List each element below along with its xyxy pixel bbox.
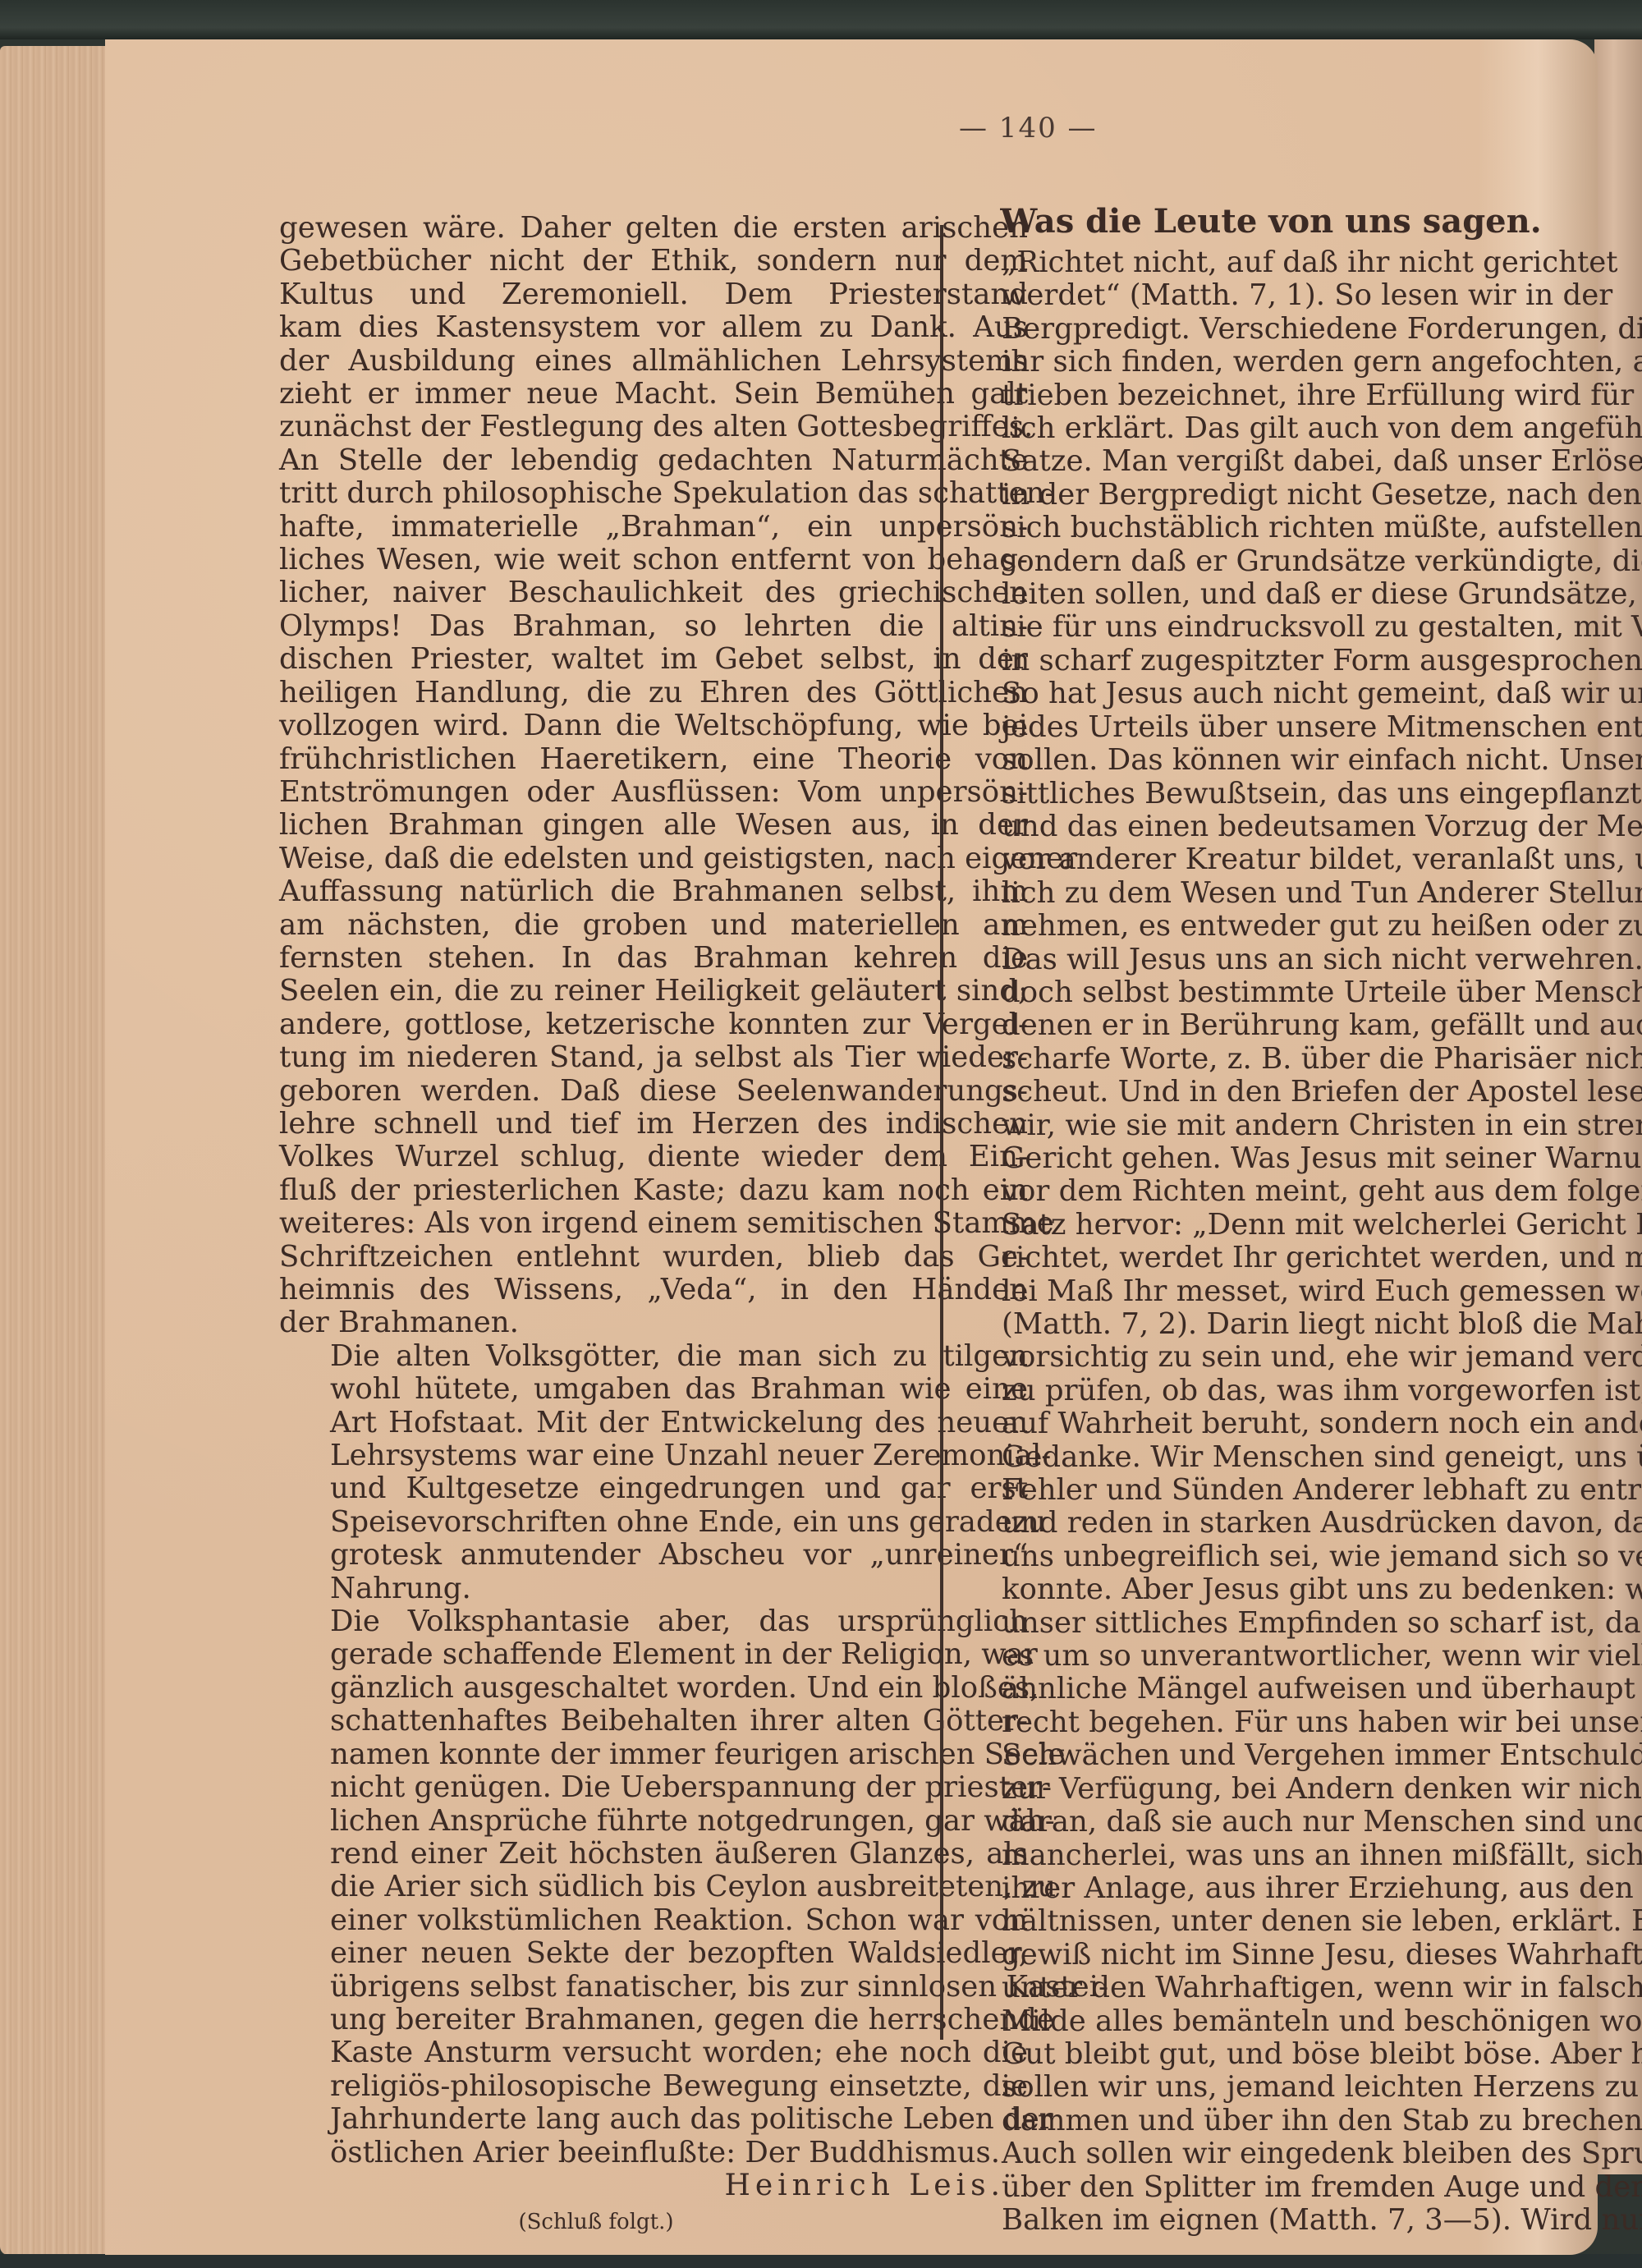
text-line: liches Wesen, wie weit schon entfernt vo… (279, 544, 1028, 576)
text-line: unter den Wahrhaftigen, wenn wir in fals… (951, 1972, 1591, 2004)
text-line: Satze. Man vergißt dabei, daß unser Erlö… (951, 445, 1591, 478)
text-line: gerade schaffende Element in der Religio… (279, 1638, 1028, 1671)
text-line: uns unbegreiflich sei, wie jemand sich s… (951, 1540, 1591, 1573)
text-line: übrigens selbst fanatischer, bis zur sin… (279, 1971, 1028, 2004)
text-line: frühchristlichen Haeretikern, eine Theor… (279, 743, 1028, 776)
left-column: gewesen wäre. Daher gelten die ersten ar… (279, 212, 1028, 2239)
text-line: grotesk anmutender Abscheu vor „unreiner… (279, 1539, 1028, 1572)
text-line: hafte, immaterielle „Brahman“, ein unper… (279, 511, 1028, 544)
text-line: Satz hervor: „Denn mit welcherlei Gerich… (951, 1209, 1591, 1242)
text-line: Auch sollen wir eingedenk bleiben des Sp… (951, 2137, 1591, 2170)
text-line: Speisevorschriften ohne Ende, ein uns ge… (279, 1506, 1028, 1539)
text-line: fluß der priesterlichen Kaste; dazu kam … (279, 1174, 1028, 1207)
text-line: dammen und über ihn den Stab zu brechen. (951, 2105, 1591, 2137)
right-column: Was die Leute von uns sagen. „Richtet ni… (951, 200, 1591, 2237)
right-column-body: „Richtet nicht, auf daß ihr nicht gerich… (951, 246, 1591, 2237)
text-line: lich erklärt. Das gilt auch von dem ange… (951, 412, 1591, 445)
text-line: Gut bleibt gut, und böse bleibt böse. Ab… (951, 2038, 1591, 2071)
text-line: andere, gottlose, ketzerische konnten zu… (279, 1008, 1028, 1041)
text-line: werdet“ (Matth. 7, 1). So lesen wir in d… (951, 279, 1591, 312)
text-line: ähnliche Mängel aufweisen und überhaupt … (951, 1673, 1591, 1706)
text-line: schattenhaftes Beibehalten ihrer alten G… (279, 1705, 1028, 1738)
text-line: Seelen ein, die zu reiner Heiligkeit gel… (279, 975, 1028, 1008)
text-line: Weise, daß die edelsten und geistigsten,… (279, 842, 1028, 875)
text-line: und das einen bedeutsamen Vorzug der Men… (951, 810, 1591, 843)
text-line: Gericht gehen. Was Jesus mit seiner Warn… (951, 1142, 1591, 1175)
text-line: am nächsten, die groben und materiellen … (279, 909, 1028, 942)
paragraph: Die alten Volksgötter, die man sich zu t… (279, 1340, 1028, 1605)
text-line: zieht er immer neue Macht. Sein Bemühen … (279, 378, 1028, 411)
text-line: sich buchstäblich richten müßte, aufstel… (951, 512, 1591, 544)
text-line: religiös-philosopische Bewegung einsetzt… (279, 2070, 1028, 2103)
text-line: Gebetbücher nicht der Ethik, sondern nur… (279, 245, 1028, 278)
continued-note: (Schluß folgt.) (279, 2206, 1028, 2238)
text-line: vor anderer Kreatur bildet, veranlaßt un… (951, 843, 1591, 876)
text-line: und reden in starken Ausdrücken davon, d… (951, 1507, 1591, 1540)
text-line: lich zu dem Wesen und Tun Anderer Stellu… (951, 877, 1591, 910)
text-line: Schriftzeichen entlehnt wurden, blieb da… (279, 1241, 1028, 1274)
text-line: ihr sich finden, werden gern angefochten… (951, 346, 1591, 379)
text-line: ung bereiter Brahmanen, gegen die herrsc… (279, 2004, 1028, 2036)
text-line: zu prüfen, ob das, was ihm vorgeworfen i… (951, 1375, 1591, 1407)
left-column-body: gewesen wäre. Daher gelten die ersten ar… (279, 212, 1028, 2169)
book-cover-top-edge (0, 0, 1642, 39)
text-line: recht begehen. Für uns haben wir bei uns… (951, 1706, 1591, 1739)
text-line: rend einer Zeit höchsten äußeren Glanzes… (279, 1838, 1028, 1871)
text-line: Fehler und Sünden Anderer lebhaft zu ent… (951, 1474, 1591, 1507)
text-line: trieben bezeichnet, ihre Erfüllung wird … (951, 379, 1591, 412)
text-line: östlichen Arier beeinflußte: Der Buddhis… (279, 2137, 1028, 2169)
text-line: vor dem Richten meint, geht aus dem folg… (951, 1175, 1591, 1208)
text-line: leiten sollen, und daß er diese Grundsät… (951, 578, 1591, 611)
text-line: „Richtet nicht, auf daß ihr nicht gerich… (951, 246, 1591, 279)
text-line: fernsten stehen. In das Brahman kehren d… (279, 942, 1028, 975)
text-line: wir, wie sie mit andern Christen in ein … (951, 1109, 1591, 1142)
text-line: scheut. Und in den Briefen der Apostel l… (951, 1076, 1591, 1109)
text-line: wohl hütete, umgaben das Brahman wie ein… (279, 1373, 1028, 1406)
text-line: sittliches Bewußtsein, das uns eingepfla… (951, 778, 1591, 810)
text-line: denen er in Berührung kam, gefällt und a… (951, 1009, 1591, 1042)
text-line: jedes Urteils über unsere Mitmenschen en… (951, 711, 1591, 744)
text-line: Schwächen und Vergehen immer Entschuldig… (951, 1739, 1591, 1772)
book-page: — 140 — gewesen wäre. Daher gelten die e… (105, 39, 1598, 2255)
text-line: scharfe Worte, z. B. über die Pharisäer … (951, 1043, 1591, 1076)
text-line: So hat Jesus auch nicht gemeint, daß wir… (951, 677, 1591, 710)
text-line: Entströmungen oder Ausflüssen: Vom unper… (279, 776, 1028, 809)
text-line: Olymps! Das Brahman, so lehrten die alti… (279, 610, 1028, 643)
text-line: tritt durch philosophische Spekulation d… (279, 477, 1028, 510)
text-line: zunächst der Festlegung des alten Gottes… (279, 411, 1028, 443)
text-line: gewiß nicht im Sinne Jesu, dieses Wahrha… (951, 1939, 1591, 1972)
text-line: nicht genügen. Die Ueberspannung der pri… (279, 1771, 1028, 1804)
text-line: (Matth. 7, 2). Darin liegt nicht bloß di… (951, 1308, 1591, 1341)
text-line: lichen Ansprüche führte notgedrungen, ga… (279, 1805, 1028, 1838)
text-line: kam dies Kastensystem vor allem zu Dank.… (279, 311, 1028, 344)
text-line: zur Verfügung, bei Andern denken wir nic… (951, 1773, 1591, 1806)
text-line: vorsichtig zu sein und, ehe wir jemand v… (951, 1341, 1591, 1374)
text-line: Nahrung. (279, 1572, 1028, 1605)
text-line: tung im niederen Stand, ja selbst als Ti… (279, 1041, 1028, 1074)
text-line: Kultus und Zeremoniell. Dem Priesterstan… (279, 278, 1028, 311)
text-line: weiteres: Als von irgend einem semitisch… (279, 1207, 1028, 1240)
text-line: sollen wir uns, jemand leichten Herzens … (951, 2071, 1591, 2104)
text-line: es um so unverantwortlicher, wenn wir vi… (951, 1640, 1591, 1673)
text-line: richtet, werdet Ihr gerichtet werden, un… (951, 1242, 1591, 1274)
page-stack-left (0, 46, 108, 2255)
text-line: in scharf zugespitzter Form ausgesproche… (951, 645, 1591, 677)
text-line: namen konnte der immer feurigen arischen… (279, 1738, 1028, 1771)
text-line: Die alten Volksgötter, die man sich zu t… (279, 1340, 1028, 1373)
text-line: auf Wahrheit beruht, sondern noch ein an… (951, 1407, 1591, 1440)
text-line: An Stelle der lebendig gedachten Naturmä… (279, 444, 1028, 477)
text-line: und Kultgesetze eingedrungen und gar ers… (279, 1472, 1028, 1505)
paragraph: gewesen wäre. Daher gelten die ersten ar… (279, 212, 1028, 1340)
text-line: daran, daß sie auch nur Menschen sind un… (951, 1806, 1591, 1839)
text-line: Auffassung natürlich die Brahmanen selbs… (279, 875, 1028, 908)
text-line: heiligen Handlung, die zu Ehren des Gött… (279, 677, 1028, 709)
text-line: vollzogen wird. Dann die Weltschöpfung, … (279, 709, 1028, 742)
text-line: die Arier sich südlich bis Ceylon ausbre… (279, 1871, 1028, 1903)
text-line: heimnis des Wissens, „Veda“, in den Händ… (279, 1274, 1028, 1306)
text-line: gänzlich ausgeschaltet worden. Und ein b… (279, 1672, 1028, 1705)
text-line: hältnissen, unter denen sie leben, erklä… (951, 1905, 1591, 1938)
text-line: Volkes Wurzel schlug, diente wieder dem … (279, 1141, 1028, 1173)
text-line: mancherlei, was uns an ihnen mißfällt, s… (951, 1839, 1591, 1872)
column-divider (940, 225, 943, 2040)
text-line: Das will Jesus uns an sich nicht verwehr… (951, 943, 1591, 976)
text-line: sondern daß er Grundsätze verkündigte, d… (951, 545, 1591, 578)
text-line: lichen Brahman gingen alle Wesen aus, in… (279, 809, 1028, 842)
text-line: lei Maß Ihr messet, wird Euch gemessen w… (951, 1275, 1591, 1308)
text-line: über den Splitter im fremden Auge und de… (951, 2171, 1591, 2204)
text-line: Balken im eignen (Matth. 7, 3—5). Wird n… (951, 2204, 1591, 2237)
text-line: Art Hofstaat. Mit der Entwickelung des n… (279, 1407, 1028, 1439)
text-line: Bergpredigt. Verschiedene Forderungen, d… (951, 313, 1591, 346)
text-line: in der Bergpredigt nicht Gesetze, nach d… (951, 479, 1591, 512)
text-line: Milde alles bemänteln und beschönigen wo… (951, 2005, 1591, 2038)
text-line: dischen Priester, waltet im Gebet selbst… (279, 643, 1028, 676)
book-cover-bottom-edge (0, 2254, 1642, 2268)
author-signature: Heinrich Leis. (279, 2169, 1005, 2202)
article-title: Was die Leute von uns sagen. (951, 200, 1591, 243)
text-line: Lehrsystems war eine Unzahl neuer Zeremo… (279, 1439, 1028, 1472)
text-line: der Brahmanen. (279, 1306, 1028, 1339)
text-line: ihrer Anlage, aus ihrer Erziehung, aus d… (951, 1872, 1591, 1905)
text-line: einer volkstümlichen Reaktion. Schon war… (279, 1904, 1028, 1937)
text-line: geboren werden. Daß diese Seelenwanderun… (279, 1075, 1028, 1108)
text-line: unser sittliches Empfinden so scharf ist… (951, 1607, 1591, 1640)
text-line: Die Volksphantasie aber, das ursprünglic… (279, 1605, 1028, 1638)
text-line: doch selbst bestimmte Urteile über Mensc… (951, 976, 1591, 1009)
paragraph: Die Volksphantasie aber, das ursprünglic… (279, 1605, 1028, 2169)
text-line: nehmen, es entweder gut zu heißen oder z… (951, 910, 1591, 943)
text-line: Jahrhunderte lang auch das politische Le… (279, 2103, 1028, 2136)
paragraph: „Richtet nicht, auf daß ihr nicht gerich… (951, 246, 1591, 2237)
page-number: — 140 — (959, 112, 1098, 145)
text-line: lehre schnell und tief im Herzen des ind… (279, 1108, 1028, 1141)
text-line: der Ausbildung eines allmählichen Lehrsy… (279, 345, 1028, 378)
text-line: gewesen wäre. Daher gelten die ersten ar… (279, 212, 1028, 245)
text-line: sie für uns eindrucksvoll zu gestalten, … (951, 611, 1591, 644)
text-line: licher, naiver Beschaulichkeit des griec… (279, 576, 1028, 609)
text-line: Gedanke. Wir Menschen sind geneigt, uns … (951, 1441, 1591, 1474)
text-line: Kaste Ansturm versucht worden; ehe noch … (279, 2036, 1028, 2069)
text-line: einer neuen Sekte der bezopften Waldsied… (279, 1937, 1028, 1970)
text-line: konnte. Aber Jesus gibt uns zu bedenken:… (951, 1573, 1591, 1606)
text-line: sollen. Das können wir einfach nicht. Un… (951, 744, 1591, 777)
